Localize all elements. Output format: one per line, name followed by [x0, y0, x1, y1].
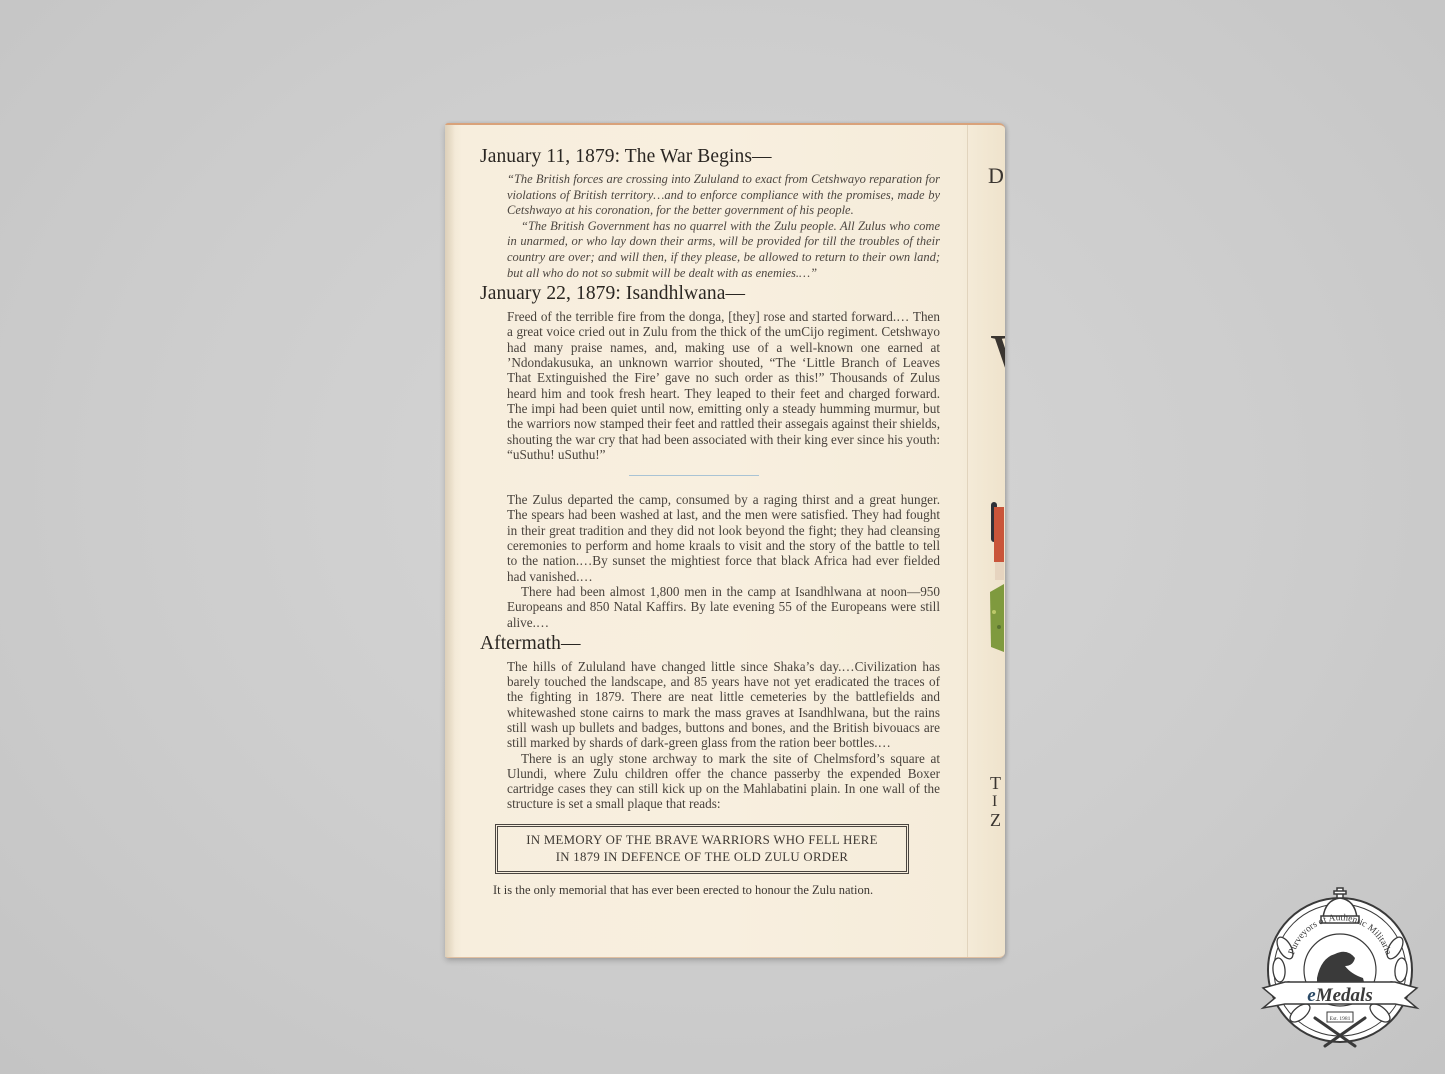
- book-back-cover: D W T I Z January 11, 1879: The War Begi…: [445, 123, 1005, 958]
- section-heading-aftermath: Aftermath—: [480, 632, 940, 656]
- quote-paragraph: “The British forces are crossing into Zu…: [507, 172, 940, 219]
- spine-letter-2: I: [992, 793, 997, 811]
- memorial-plaque: IN MEMORY OF THE BRAVE WARRIORS WHO FELL…: [495, 824, 909, 874]
- watermark-established: Est. 1981: [1330, 1016, 1351, 1022]
- spine-letter-1: T: [990, 773, 1001, 794]
- emedals-watermark-logo: Purveyors of Authentic Militaria eMedals…: [1255, 878, 1425, 1048]
- plaque-line-1: IN MEMORY OF THE BRAVE WARRIORS WHO FELL…: [498, 832, 906, 849]
- quote-paragraph: “The British Government has no quarrel w…: [507, 219, 940, 281]
- prose-paragraph: There had been almost 1,800 men in the c…: [507, 584, 940, 630]
- section-war-begins: “The British forces are crossing into Zu…: [507, 172, 940, 281]
- section-heading-isandhlwana: January 22, 1879: Isandhlwana—: [480, 282, 940, 306]
- spine-illustration: [985, 462, 1005, 652]
- spine-letter-3: Z: [990, 810, 1001, 831]
- closing-line: It is the only memorial that has ever be…: [493, 883, 940, 898]
- prose-paragraph: The Zulus departed the camp, consumed by…: [507, 492, 940, 584]
- cover-text: January 11, 1879: The War Begins— “The B…: [480, 145, 940, 898]
- prose-paragraph: The hills of Zululand have changed littl…: [507, 659, 940, 751]
- prose-paragraph: Freed of the terrible fire from the dong…: [507, 309, 940, 462]
- brand-suffix: Medals: [1315, 985, 1373, 1006]
- section-heading-war-begins: January 11, 1879: The War Begins—: [480, 145, 940, 169]
- svg-text:eMedals: eMedals: [1307, 985, 1372, 1006]
- prose-paragraph: There is an ugly stone archway to mark t…: [507, 751, 940, 812]
- spine-title-letter: W: [991, 325, 1005, 395]
- spine-fold-line: [967, 125, 968, 957]
- section-isandhlwana: Freed of the terrible fire from the dong…: [507, 309, 940, 630]
- plaque-line-2: IN 1879 IN DEFENCE OF THE OLD ZULU ORDER: [498, 849, 906, 866]
- separator-rule: [629, 475, 759, 476]
- spine-letter-top: D: [988, 163, 1004, 189]
- section-aftermath: The hills of Zululand have changed littl…: [507, 659, 940, 812]
